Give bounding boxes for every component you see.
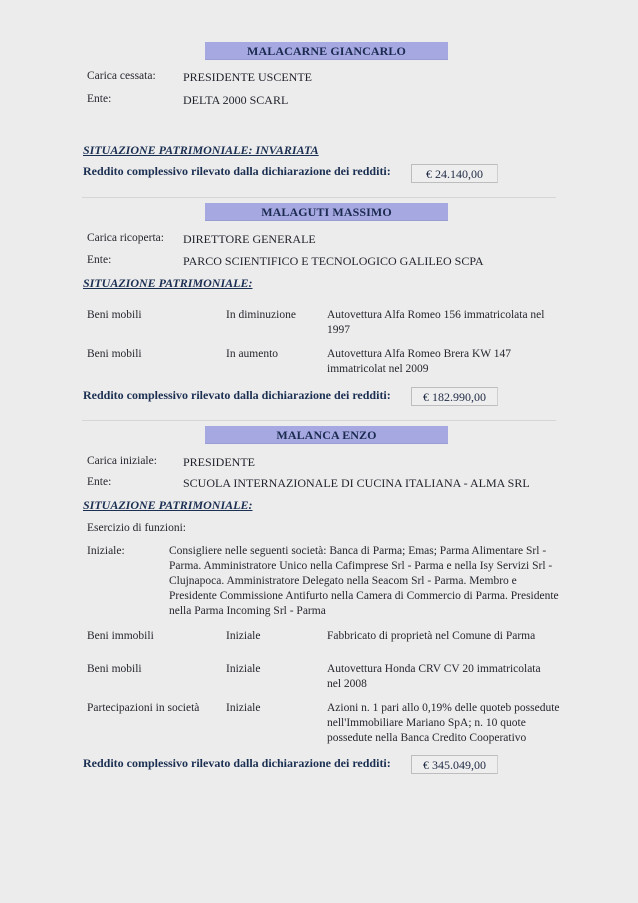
- asset-type: Beni immobili: [87, 629, 154, 644]
- asset-description: Autovettura Honda CRV CV 20 immatricolat…: [327, 662, 545, 692]
- reddito-amount: € 182.990,00: [411, 387, 498, 406]
- role-label: Carica cessata:: [87, 70, 156, 82]
- asset-change: Iniziale: [226, 629, 260, 644]
- reddito-label: Reddito complessivo rilevato dalla dichi…: [83, 756, 391, 771]
- asset-change: In aumento: [226, 347, 278, 362]
- person-name-header: MALANCA ENZO: [205, 426, 448, 444]
- asset-description: Autovettura Alfa Romeo 156 immatricolata…: [327, 308, 562, 338]
- reddito-amount: € 345.049,00: [411, 755, 498, 774]
- role-value: PRESIDENTE USCENTE: [183, 70, 312, 85]
- reddito-label: Reddito complessivo rilevato dalla dichi…: [83, 388, 391, 403]
- ente-label: Ente:: [87, 254, 111, 266]
- ente-label: Ente:: [87, 476, 111, 488]
- document-page: MALACARNE GIANCARLO Carica cessata: PRES…: [0, 0, 638, 903]
- esercizio-label: Esercizio di funzioni:: [87, 521, 186, 536]
- role-value: PRESIDENTE: [183, 455, 255, 470]
- ente-value: SCUOLA INTERNAZIONALE DI CUCINA ITALIANA…: [183, 476, 530, 491]
- asset-type: Beni mobili: [87, 308, 142, 323]
- asset-change: In diminuzione: [226, 308, 296, 323]
- ente-value: PARCO SCIENTIFICO E TECNOLOGICO GALILEO …: [183, 254, 484, 269]
- asset-description: Autovettura Alfa Romeo Brera KW 147 imma…: [327, 347, 539, 377]
- asset-description: Fabbricato di proprietà nel Comune di Pa…: [327, 629, 562, 644]
- role-label: Carica ricoperta:: [87, 232, 164, 244]
- asset-type: Beni mobili: [87, 347, 142, 362]
- reddito-amount: € 24.140,00: [411, 164, 498, 183]
- asset-type: Beni mobili: [87, 662, 142, 677]
- ente-value: DELTA 2000 SCARL: [183, 93, 288, 108]
- separator: [82, 420, 556, 421]
- asset-change: Iniziale: [226, 701, 260, 716]
- separator: [82, 197, 556, 198]
- role-label: Carica iniziale:: [87, 455, 157, 467]
- asset-type: Partecipazioni in società: [87, 701, 199, 716]
- asset-change: Iniziale: [226, 662, 260, 677]
- role-value: DIRETTORE GENERALE: [183, 232, 316, 247]
- person-name-header: MALACARNE GIANCARLO: [205, 42, 448, 60]
- person-name-header: MALAGUTI MASSIMO: [205, 203, 448, 221]
- iniziale-text: Consigliere nelle seguenti società: Banc…: [169, 544, 561, 619]
- asset-description: Azioni n. 1 pari allo 0,19% delle quoteb…: [327, 701, 565, 746]
- situazione-heading: SITUAZIONE PATRIMONIALE:: [83, 498, 252, 513]
- situazione-heading: SITUAZIONE PATRIMONIALE: INVARIATA: [83, 143, 319, 158]
- ente-label: Ente:: [87, 93, 111, 105]
- situazione-heading: SITUAZIONE PATRIMONIALE:: [83, 276, 252, 291]
- reddito-label: Reddito complessivo rilevato dalla dichi…: [83, 164, 391, 179]
- iniziale-label: Iniziale:: [87, 544, 125, 559]
